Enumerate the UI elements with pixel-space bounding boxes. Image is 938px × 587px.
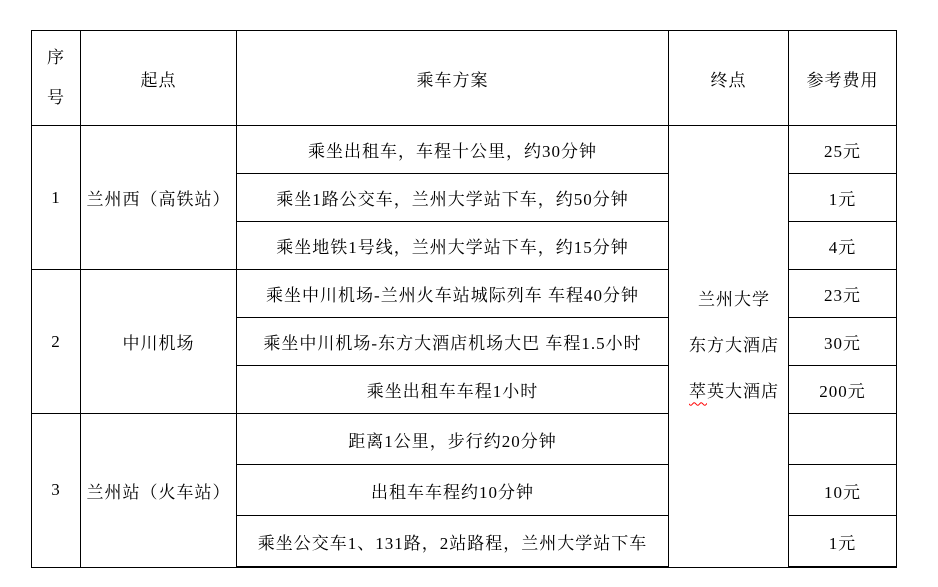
transport-route-table: 序号 起点 乘车方案 终点 参考费用 1 兰州西（高铁站） 乘坐出租车，车程十公… <box>31 30 897 568</box>
plan-cell: 距离1公里，步行约20分钟 <box>237 414 669 465</box>
spellcheck-marked-char: 萃 <box>689 382 707 401</box>
destination-line-1: 兰州大学 <box>669 277 788 323</box>
cost-cell: 10元 <box>789 465 897 516</box>
plan-cell: 乘坐出租车车程1小时 <box>237 366 669 414</box>
cost-cell: 200元 <box>789 366 897 414</box>
table-row: 1 兰州西（高铁站） 乘坐出租车，车程十公里，约30分钟 兰州大学 东方大酒店 … <box>32 126 897 174</box>
plan-cell: 出租车车程约10分钟 <box>237 465 669 516</box>
origin-cell-3: 兰州站（火车站） <box>81 414 237 568</box>
table-header-row: 序号 起点 乘车方案 终点 参考费用 <box>32 31 897 126</box>
plan-cell: 乘坐中川机场-兰州火车站城际列车 车程40分钟 <box>237 270 669 318</box>
plan-cell: 乘坐中川机场-东方大酒店机场大巴 车程1.5小时 <box>237 318 669 366</box>
cost-cell: 4元 <box>789 222 897 270</box>
cost-cell: 23元 <box>789 270 897 318</box>
header-destination: 终点 <box>669 31 789 126</box>
destination-line-3-rest: 英大酒店 <box>707 382 779 401</box>
cost-cell: 1元 <box>789 516 897 568</box>
header-index: 序号 <box>32 31 81 126</box>
index-cell-3: 3 <box>32 414 81 568</box>
plan-cell: 乘坐公交车1、131路，2站路程，兰州大学站下车 <box>237 516 669 568</box>
header-origin: 起点 <box>81 31 237 126</box>
index-cell-1: 1 <box>32 126 81 270</box>
header-plan: 乘车方案 <box>237 31 669 126</box>
index-cell-2: 2 <box>32 270 81 414</box>
plan-cell: 乘坐1路公交车，兰州大学站下车，约50分钟 <box>237 174 669 222</box>
origin-cell-1: 兰州西（高铁站） <box>81 126 237 270</box>
cost-cell: 25元 <box>789 126 897 174</box>
cost-cell: 30元 <box>789 318 897 366</box>
destination-cell: 兰州大学 东方大酒店 萃英大酒店 <box>669 126 789 568</box>
origin-cell-2: 中川机场 <box>81 270 237 414</box>
header-index-label: 序号 <box>45 38 67 118</box>
header-cost: 参考费用 <box>789 31 897 126</box>
plan-cell: 乘坐出租车，车程十公里，约30分钟 <box>237 126 669 174</box>
destination-line-3: 萃英大酒店 <box>669 369 788 415</box>
cost-cell <box>789 414 897 465</box>
document-page: 序号 起点 乘车方案 终点 参考费用 1 兰州西（高铁站） 乘坐出租车，车程十公… <box>0 0 938 587</box>
plan-cell: 乘坐地铁1号线，兰州大学站下车，约15分钟 <box>237 222 669 270</box>
destination-line-2: 东方大酒店 <box>669 323 788 369</box>
cost-cell: 1元 <box>789 174 897 222</box>
